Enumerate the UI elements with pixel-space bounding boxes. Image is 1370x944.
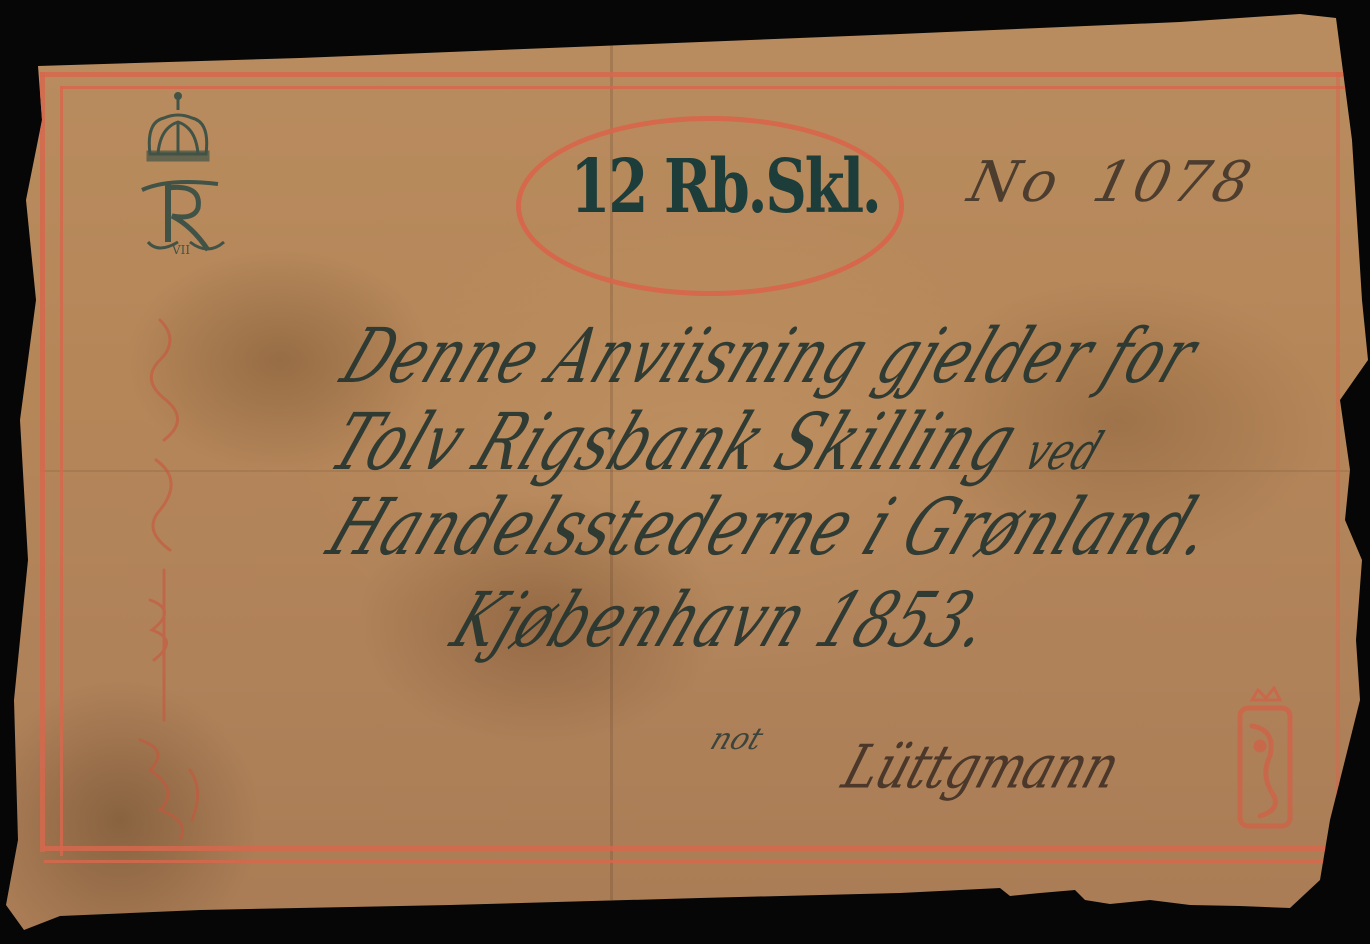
serial-number: No1078	[962, 150, 1261, 215]
border-bottom-inner	[44, 860, 1334, 863]
red-endorsement-scribble	[120, 300, 210, 840]
border-right-outer	[1336, 72, 1340, 852]
denomination-text: 12 Rb.Skl.	[565, 150, 885, 224]
border-left-outer	[40, 72, 45, 852]
signature: Lüttgmann	[835, 732, 1128, 802]
body-line-2: Tolv Rigsbank Skilling ved	[318, 396, 1122, 488]
border-left-inner	[60, 86, 63, 856]
banknote-paper: VII 12 Rb.Skl. No1078 Denne Anviisning g…	[0, 0, 1370, 944]
body-line-2-main: Tolv Rigsbank Skilling	[318, 396, 1031, 488]
border-top-inner	[60, 86, 1350, 89]
crowned-lion-stamp-icon	[1230, 686, 1300, 836]
body-line-3: Handelsstederne i Grønland.	[316, 481, 1228, 573]
body-line-2-suffix: ved	[1016, 422, 1111, 481]
image-stage: VII 12 Rb.Skl. No1078 Denne Anviisning g…	[0, 0, 1370, 944]
body-line-1: Denne Anviisning gjelder for	[330, 313, 1210, 401]
crown-monogram-icon: VII	[128, 92, 228, 262]
serial-label: No	[962, 150, 1069, 215]
svg-text:VII: VII	[171, 243, 190, 257]
signature-prefix: not	[706, 722, 768, 757]
place-date-line: Kjøbenhavn 1853.	[440, 577, 1005, 665]
border-bottom-outer	[44, 846, 1334, 851]
serial-value: 1078	[1087, 150, 1262, 215]
border-top-outer	[40, 72, 1350, 77]
